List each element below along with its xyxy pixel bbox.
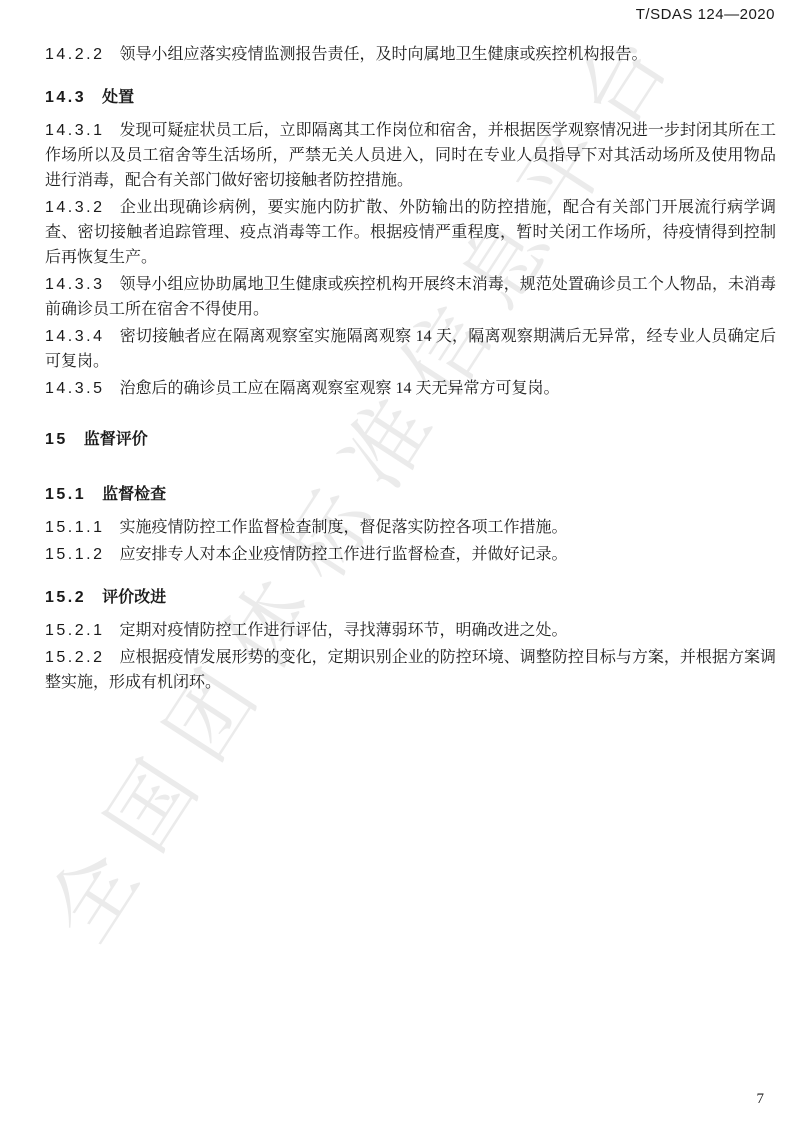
clause-15.2.1: 15.2.1定期对疫情防控工作进行评估，寻找薄弱环节，明确改进之处。 bbox=[45, 618, 776, 643]
clause-number: 14.3.4 bbox=[45, 328, 104, 345]
clause-14.3.4: 14.3.4密切接触者应在隔离观察室实施隔离观察 14 天，隔离观察期满后无异常… bbox=[45, 324, 776, 374]
doc-number: T/SDAS 124—2020 bbox=[636, 6, 775, 23]
heading-text: 评价改进 bbox=[102, 589, 166, 606]
heading-15: 15监督评价 bbox=[45, 427, 776, 452]
clause-15.1.1: 15.1.1实施疫情防控工作监督检查制度，督促落实防控各项工作措施。 bbox=[45, 515, 776, 540]
clause-number: 15.2.2 bbox=[45, 649, 104, 666]
clause-text: 领导小组应协助属地卫生健康或疾控机构开展终末消毒，规范处置确诊员工个人物品，未消… bbox=[45, 276, 776, 318]
heading-15.2: 15.2评价改进 bbox=[45, 585, 776, 610]
clause-number: 15.2.1 bbox=[45, 622, 104, 639]
clause-number: 15.1.2 bbox=[45, 546, 104, 563]
clause-text: 发现可疑症状员工后，立即隔离其工作岗位和宿舍，并根据医学观察情况进一步封闭其所在… bbox=[45, 122, 776, 189]
clause-number: 15.1.1 bbox=[45, 519, 104, 536]
document-content: 14.2.2领导小组应落实疫情监测报告责任，及时向属地卫生健康或疾控机构报告。1… bbox=[45, 40, 776, 697]
page-number: 7 bbox=[757, 1091, 765, 1108]
clause-number: 14.3.1 bbox=[45, 122, 104, 139]
heading-number: 15.2 bbox=[45, 589, 86, 606]
clause-text: 治愈后的确诊员工应在隔离观察室观察 14 天无异常方可复岗。 bbox=[119, 380, 559, 397]
heading-number: 14.3 bbox=[45, 89, 86, 106]
clause-14.3.1: 14.3.1发现可疑症状员工后，立即隔离其工作岗位和宿舍，并根据医学观察情况进一… bbox=[45, 118, 776, 193]
clause-number: 14.3.3 bbox=[45, 276, 104, 293]
heading-14.3: 14.3处置 bbox=[45, 85, 776, 110]
clause-14.3.5: 14.3.5治愈后的确诊员工应在隔离观察室观察 14 天无异常方可复岗。 bbox=[45, 376, 776, 401]
clause-number: 14.3.5 bbox=[45, 380, 104, 397]
clause-number: 14.2.2 bbox=[45, 46, 104, 63]
clause-14.3.2: 14.3.2企业出现确诊病例，要实施内防扩散、外防输出的防控措施，配合有关部门开… bbox=[45, 195, 776, 270]
clause-number: 14.3.2 bbox=[45, 199, 104, 216]
clause-14.2.2: 14.2.2领导小组应落实疫情监测报告责任，及时向属地卫生健康或疾控机构报告。 bbox=[45, 42, 776, 67]
heading-number: 15.1 bbox=[45, 486, 86, 503]
clause-15.2.2: 15.2.2应根据疫情发展形势的变化，定期识别企业的防控环境、调整防控目标与方案… bbox=[45, 645, 776, 695]
clause-text: 应安排专人对本企业疫情防控工作进行监督检查，并做好记录。 bbox=[119, 546, 567, 563]
clause-15.1.2: 15.1.2应安排专人对本企业疫情防控工作进行监督检查，并做好记录。 bbox=[45, 542, 776, 567]
document-page: 全国团体标准信息平台 T/SDAS 124—2020 14.2.2领导小组应落实… bbox=[0, 0, 800, 1121]
heading-text: 处置 bbox=[102, 89, 134, 106]
clause-14.3.3: 14.3.3领导小组应协助属地卫生健康或疾控机构开展终末消毒，规范处置确诊员工个… bbox=[45, 272, 776, 322]
heading-text: 监督检查 bbox=[102, 486, 166, 503]
heading-number: 15 bbox=[45, 431, 68, 448]
clause-text: 实施疫情防控工作监督检查制度，督促落实防控各项工作措施。 bbox=[119, 519, 567, 536]
clause-text: 定期对疫情防控工作进行评估，寻找薄弱环节，明确改进之处。 bbox=[119, 622, 567, 639]
clause-text: 密切接触者应在隔离观察室实施隔离观察 14 天，隔离观察期满后无异常，经专业人员… bbox=[45, 328, 776, 370]
clause-text: 企业出现确诊病例，要实施内防扩散、外防输出的防控措施，配合有关部门开展流行病学调… bbox=[45, 199, 776, 266]
clause-text: 领导小组应落实疫情监测报告责任，及时向属地卫生健康或疾控机构报告。 bbox=[119, 46, 647, 63]
heading-15.1: 15.1监督检查 bbox=[45, 482, 776, 507]
heading-text: 监督评价 bbox=[84, 431, 148, 448]
clause-text: 应根据疫情发展形势的变化，定期识别企业的防控环境、调整防控目标与方案，并根据方案… bbox=[45, 649, 776, 691]
